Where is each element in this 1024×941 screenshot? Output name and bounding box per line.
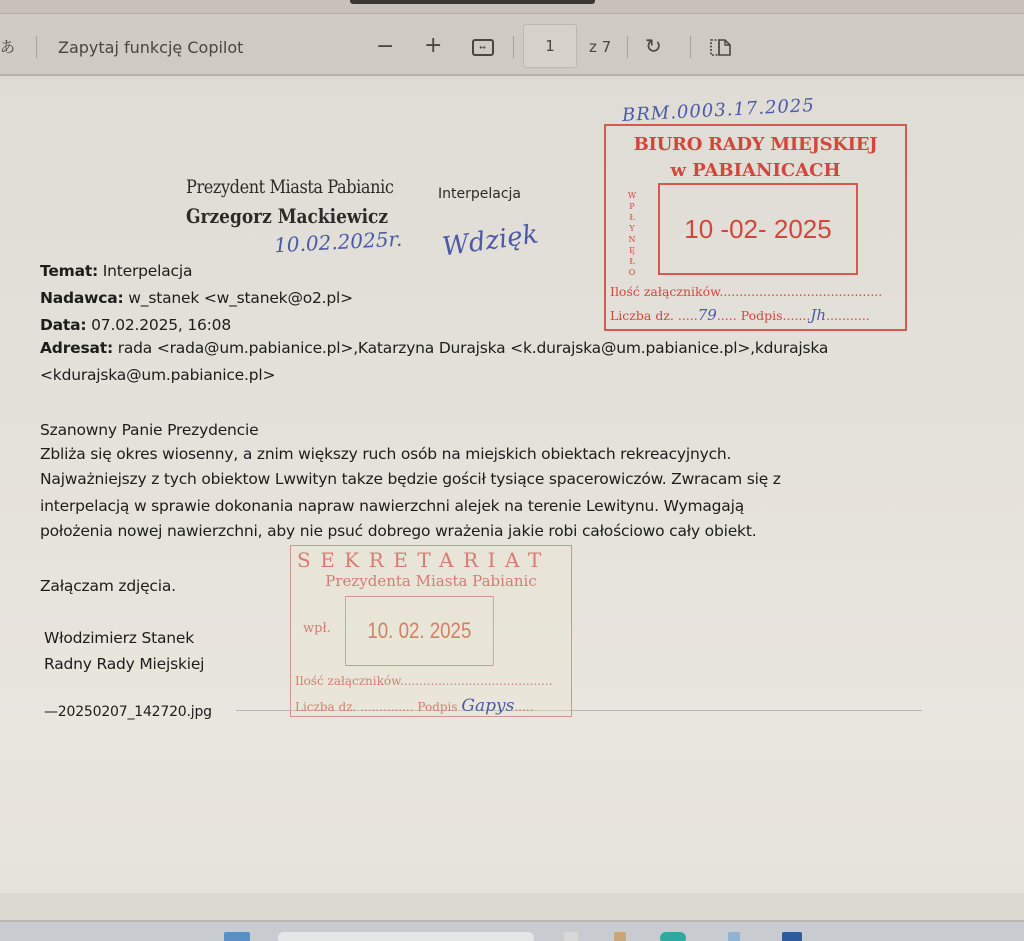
fit-width-glyph: ↔ xyxy=(479,43,487,52)
email-date: 07.02.2025, 16:08 xyxy=(91,316,231,334)
letterhead-name: Grzegorz Mackiewicz xyxy=(186,204,388,228)
taskbar-app-icon[interactable] xyxy=(660,932,686,941)
toolbar-divider xyxy=(690,36,691,58)
sender-label: Nadawca: xyxy=(40,289,124,307)
subject-label: Temat: xyxy=(40,262,98,280)
stamp-date-value: 10. 02. 2025 xyxy=(367,618,471,644)
pdf-toolbar: あ Zapytaj funkcję Copilot − + ↔ z 7 ↻ xyxy=(0,14,1024,76)
secretariat-stamp: SEKRETARIAT Prezydenta Miasta Pabianic w… xyxy=(290,545,572,717)
email-date-row: Data: 07.02.2025, 16:08 xyxy=(40,316,231,334)
email-body-line: położenia nowej nawierzchni, aby nie psu… xyxy=(40,522,756,540)
email-sender-row: Nadawca: w_stanek <w_stanek@o2.pl> xyxy=(40,289,353,307)
email-greeting: Szanowny Panie Prezydencie xyxy=(40,421,258,439)
window-top-strip xyxy=(0,0,1024,14)
email-sender: w_stanek <w_stanek@o2.pl> xyxy=(128,289,353,307)
council-office-stamp: BIURO RADY MIEJSKIEJ w PABIANICACH WPŁYN… xyxy=(604,124,907,331)
fit-width-icon[interactable]: ↔ xyxy=(472,39,494,56)
stamp-count-label: Liczba dz. xyxy=(610,308,674,323)
date-label: Data: xyxy=(40,316,86,334)
stamp-attachments-label: Ilość załączników.......................… xyxy=(295,674,553,688)
taskbar-app-icon[interactable] xyxy=(782,932,802,941)
stamp-signature-label: Podpis xyxy=(741,308,783,323)
toolbar-divider xyxy=(627,36,628,58)
email-recipients-cont: <kdurajska@um.pabianice.pl> xyxy=(40,366,275,384)
stamp-received-vertical: WPŁYNĘŁO xyxy=(627,190,637,278)
email-subject-row: Temat: Interpelacja xyxy=(40,262,192,280)
email-body-line: interpelacją w sprawie dokonania napraw … xyxy=(40,497,744,515)
page-number-input[interactable] xyxy=(523,24,577,68)
read-aloud-icon[interactable]: あ xyxy=(0,36,15,57)
stamp-date: 10 -02- 2025 xyxy=(658,183,858,275)
stamp-count-label: Liczba dz. .............. xyxy=(295,700,414,714)
attachment-file-link[interactable]: —20250207_142720.jpg xyxy=(44,704,212,720)
stamp-title: BIURO RADY MIEJSKIEJ xyxy=(606,134,905,155)
stamp-title: SEKRETARIAT xyxy=(297,548,551,572)
email-subject: Interpelacja xyxy=(103,262,193,280)
stamp-attachments-label: Ilość załączników.......................… xyxy=(610,284,882,299)
recipients-label: Adresat: xyxy=(40,339,113,357)
letterhead-doc-type: Interpelacja xyxy=(438,186,521,202)
signature-name: Włodzimierz Stanek xyxy=(44,629,194,647)
stamp-count-row: Liczba dz. .....79..... Podpis.......Jh.… xyxy=(610,306,870,324)
taskbar xyxy=(0,920,1024,941)
taskbar-app-icon[interactable] xyxy=(564,932,578,941)
toolbar-divider xyxy=(513,36,514,58)
zoom-in-button[interactable]: + xyxy=(424,33,442,58)
page-view-icon[interactable] xyxy=(710,39,731,56)
stamp-received-label: wpł. xyxy=(303,621,331,636)
signature-title: Radny Rady Miejskiej xyxy=(44,655,204,673)
stamp-date: 10. 02. 2025 xyxy=(345,596,494,666)
email-recipients-row: Adresat: rada <rada@um.pabianice.pl>,Kat… xyxy=(40,339,828,357)
stamp-signature: Jh xyxy=(810,306,826,324)
stamp-subtitle: w PABIANICACH xyxy=(606,160,905,181)
ask-copilot-button[interactable]: Zapytaj funkcję Copilot xyxy=(58,38,243,57)
taskbar-search[interactable] xyxy=(278,932,534,941)
background-window-edge xyxy=(350,0,595,4)
zoom-out-button[interactable]: − xyxy=(376,34,394,59)
taskbar-app-icon[interactable] xyxy=(728,932,740,941)
stamp-count-value: 79 xyxy=(698,306,717,324)
page-total-label: z 7 xyxy=(589,38,611,56)
stamp-signature: Gapys xyxy=(461,696,514,716)
rotate-icon[interactable]: ↻ xyxy=(645,34,662,58)
email-body-line: Zbliża się okres wiosenny, a znim większ… xyxy=(40,445,731,463)
attachment-note: Załączam zdjęcia. xyxy=(40,577,176,595)
email-body-line: Najważniejszy z tych obiektow Lwwityn ta… xyxy=(40,470,781,488)
start-icon[interactable] xyxy=(224,932,250,941)
letterhead-office: Prezydent Miasta Pabianic xyxy=(186,176,393,198)
stamp-signature-label: Podpis xyxy=(417,700,457,714)
toolbar-divider xyxy=(36,36,37,58)
taskbar-app-icon[interactable] xyxy=(614,932,626,941)
stamp-subtitle: Prezydenta Miasta Pabianic xyxy=(291,572,571,590)
stamp-count-row: Liczba dz. .............. Podpis Gapys..… xyxy=(295,696,533,716)
email-recipients: rada <rada@um.pabianice.pl>,Katarzyna Du… xyxy=(118,339,828,357)
